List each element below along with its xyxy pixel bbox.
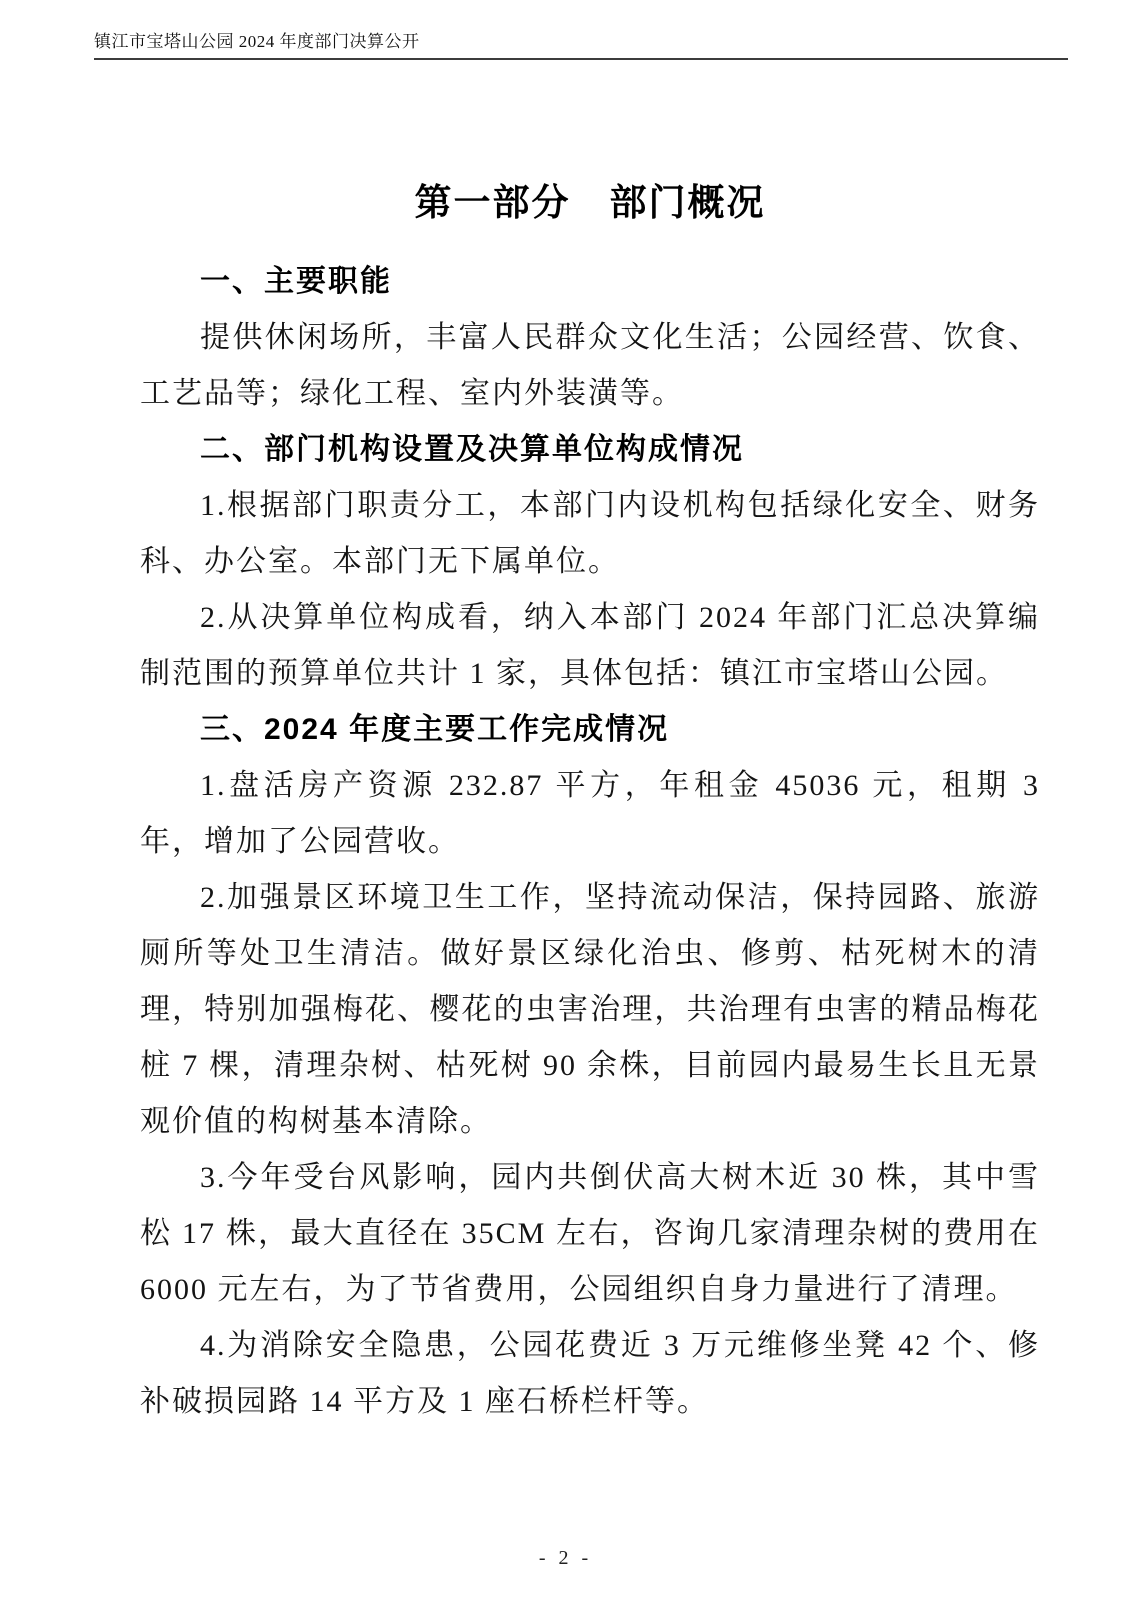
- section-3-paragraph-4: 4.为消除安全隐患，公园花费近 3 万元维修坐凳 42 个、修补破损园路 14 …: [140, 1318, 1040, 1430]
- section-2-paragraph-2: 2.从决算单位构成看，纳入本部门 2024 年部门汇总决算编制范围的预算单位共计…: [140, 590, 1040, 702]
- page-header: 镇江市宝塔山公园 2024 年度部门决算公开: [94, 27, 1068, 60]
- section-1-paragraph-1: 提供休闲场所，丰富人民群众文化生活；公园经营、饮食、工艺品等；绿化工程、室内外装…: [140, 310, 1040, 422]
- section-3-paragraph-2: 2.加强景区环境卫生工作，坚持流动保洁，保持园路、旅游厕所等处卫生清洁。做好景区…: [140, 870, 1040, 1150]
- page-number: - 2 -: [539, 1547, 592, 1569]
- header-rule: [94, 58, 1068, 60]
- section-3-paragraph-1: 1.盘活房产资源 232.87 平方，年租金 45036 元，租期 3 年，增加…: [140, 758, 1040, 870]
- document-title: 第一部分 部门概况: [140, 182, 1040, 224]
- section-3-heading: 三、2024 年度主要工作完成情况: [140, 702, 1040, 758]
- document-page: 镇江市宝塔山公园 2024 年度部门决算公开 第一部分 部门概况 一、主要职能 …: [0, 0, 1131, 1600]
- page-footer: - 2 -: [0, 1547, 1131, 1570]
- section-1-heading: 一、主要职能: [140, 254, 1040, 310]
- section-2-paragraph-1: 1.根据部门职责分工，本部门内设机构包括绿化安全、财务科、办公室。本部门无下属单…: [140, 478, 1040, 590]
- section-3-paragraph-3: 3.今年受台风影响，园内共倒伏高大树木近 30 株，其中雪松 17 株，最大直径…: [140, 1150, 1040, 1318]
- document-content: 第一部分 部门概况 一、主要职能 提供休闲场所，丰富人民群众文化生活；公园经营、…: [140, 182, 1040, 1430]
- section-2-heading: 二、部门机构设置及决算单位构成情况: [140, 422, 1040, 478]
- header-title: 镇江市宝塔山公园 2024 年度部门决算公开: [94, 27, 1068, 58]
